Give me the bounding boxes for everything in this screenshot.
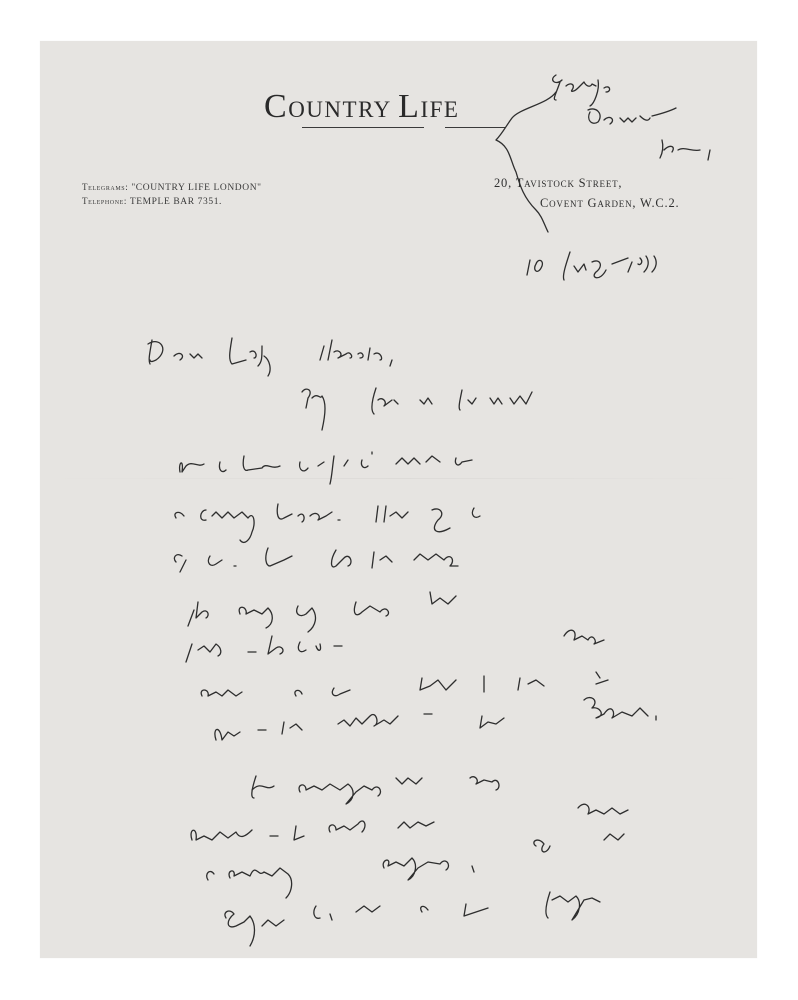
handwritten-line-10: splendid - the crowd most distin- [190, 835, 406, 850]
handwritten-line-4: of you. I am glad you approved. [180, 560, 388, 575]
handwritten-line-8: feels - in retrospection - like Bedlam. [210, 745, 454, 760]
telephone-value: TEMPLE BAR 7351. [130, 197, 222, 207]
handwritten-line-11: & admirably disposed. So that [200, 880, 400, 895]
handwritten-line-6: I wrote - I had to do an American [190, 655, 409, 670]
telegrams-label: Telegrams: [82, 182, 128, 192]
handwritten-line-9: The arrangements were really [250, 790, 450, 805]
telephone-label: Telephone: [82, 196, 127, 206]
telephone-line: Telephone: TEMPLE BAR 7351. [82, 195, 262, 209]
telegrams-line: Telegrams: "COUNTRY LIFE LONDON" [82, 181, 262, 195]
handwritten-sender-address-2: Downe, [590, 112, 640, 127]
masthead-initial-l: L [398, 88, 420, 125]
letterhead-masthead: COUNTRY LIFE [264, 88, 459, 126]
telegrams-value: "COUNTRY LIFE LONDON" [131, 183, 261, 193]
handwritten-line-12: Everyone could hear & the players [215, 925, 445, 940]
masthead-ountry: OUNTRY [288, 97, 398, 122]
handwritten-sender-address-3: Kent, [655, 140, 690, 155]
masthead-initial-c: C [264, 88, 288, 125]
handwritten-line-7: amount as well & the whole thing [200, 700, 423, 715]
masthead-underline-life [445, 127, 505, 128]
paper-fold-crease [40, 478, 757, 479]
handwritten-line-1: Pray forgive me for not writing [300, 395, 505, 410]
handwritten-line-3: & encouraging telegram. It was very good [180, 505, 459, 520]
letter-paper [40, 41, 757, 958]
masthead-ife: IFE [420, 97, 459, 122]
letterhead-contact: Telegrams: "COUNTRY LIFE LONDON" Telepho… [82, 181, 262, 209]
handwritten-sender-address-1: Gorringes [555, 85, 621, 100]
address-line-2: Covent Garden, W.C.2. [540, 196, 679, 211]
handwritten-line-5: I had scarcely any notion what [190, 610, 392, 625]
address-line-1: 20, Tavistock Street, [494, 176, 622, 191]
handwritten-date: 10 July 1933 [530, 255, 613, 270]
handwritten-salutation: Dear Lady Ilkeston, [150, 335, 280, 350]
handwritten-line-2: before to thank you for ye most kind [180, 450, 420, 465]
masthead-underline [302, 127, 424, 128]
